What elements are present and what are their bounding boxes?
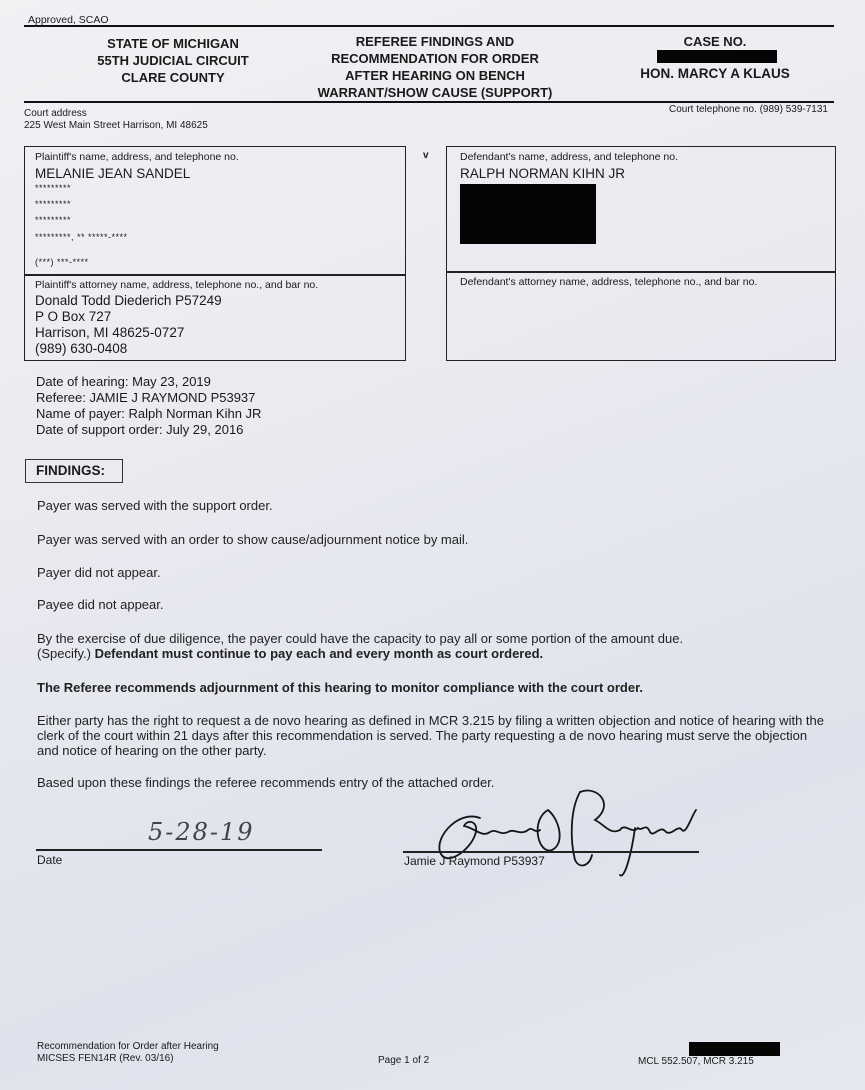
finding-item: Payer was served with an order to show c… — [37, 532, 837, 547]
court-address-label: Court address — [24, 108, 87, 119]
plaintiff-attorney-line: Donald Todd Diederich P57249 — [35, 293, 222, 308]
court-county: CLARE COUNTY — [58, 69, 288, 86]
versus-label: v — [423, 150, 429, 161]
defendant-box: Defendant's name, address, and telephone… — [446, 146, 836, 361]
form-title-line: AFTER HEARING ON BENCH — [290, 67, 580, 84]
plaintiff-label: Plaintiff's name, address, and telephone… — [35, 151, 239, 163]
form-title-line: REFEREE FINDINGS AND — [290, 33, 580, 50]
capacity-finding: By the exercise of due diligence, the pa… — [37, 631, 837, 661]
plaintiff-address-line: ********* — [35, 199, 71, 210]
finding-item: Payee did not appear. — [37, 597, 837, 612]
defendant-attorney-label: Defendant's attorney name, address, tele… — [460, 276, 757, 288]
plaintiff-attorney-label: Plaintiff's attorney name, address, tele… — [35, 279, 318, 291]
plaintiff-phone: (***) ***-**** — [35, 257, 89, 268]
finding-item: Payer did not appear. — [37, 565, 837, 580]
defendant-box-divider — [447, 271, 835, 273]
plaintiff-attorney-line: (989) 630-0408 — [35, 341, 127, 356]
court-header: STATE OF MICHIGAN 55TH JUDICIAL CIRCUIT … — [58, 35, 288, 86]
plaintiff-box-divider — [25, 274, 405, 276]
referee-recommendation: The Referee recommends adjournment of th… — [37, 680, 837, 695]
specify-line: (Specify.) Defendant must continue to pa… — [37, 646, 837, 661]
case-no-redaction — [657, 50, 777, 63]
court-circuit: 55TH JUDICIAL CIRCUIT — [58, 52, 288, 69]
defendant-name: RALPH NORMAN KIHN JR — [460, 166, 625, 181]
page-number: Page 1 of 2 — [378, 1055, 429, 1067]
plaintiff-address-line: ********* — [35, 215, 71, 226]
defendant-label: Defendant's name, address, and telephone… — [460, 151, 678, 163]
date-of-hearing: Date of hearing: May 23, 2019 — [36, 374, 261, 390]
court-telephone: Court telephone no. (989) 539-7131 — [580, 104, 828, 115]
form-title-line: RECOMMENDATION FOR ORDER — [290, 50, 580, 67]
judge-name: HON. MARCY A KLAUS — [605, 66, 825, 81]
footer-redaction — [689, 1042, 780, 1056]
plaintiff-address-line: ********* — [35, 183, 71, 194]
plaintiff-name: MELANIE JEAN SANDEL — [35, 166, 190, 181]
header-top-rule — [24, 25, 834, 27]
form-title: REFEREE FINDINGS AND RECOMMENDATION FOR … — [290, 33, 580, 101]
plaintiff-address-line: *********, ** *****-**** — [35, 232, 128, 243]
case-no-label: CASE NO. — [605, 33, 825, 50]
header-bottom-rule — [24, 101, 834, 103]
capacity-line: By the exercise of due diligence, the pa… — [37, 631, 837, 646]
payer-name: Name of payer: Ralph Norman Kihn JR — [36, 406, 261, 422]
court-address: 225 West Main Street Harrison, MI 48625 — [24, 120, 208, 131]
defendant-address-redaction — [460, 184, 596, 244]
court-state: STATE OF MICHIGAN — [58, 35, 288, 52]
finding-item: Payer was served with the support order. — [37, 498, 837, 513]
plaintiff-attorney-line: Harrison, MI 48625-0727 — [35, 325, 184, 340]
findings-heading: FINDINGS: — [25, 459, 123, 483]
footer-statute-reference: MCL 552.507, MCR 3.215 — [638, 1056, 754, 1068]
support-order-date: Date of support order: July 29, 2016 — [36, 422, 261, 438]
hearing-info: Date of hearing: May 23, 2019 Referee: J… — [36, 374, 261, 438]
date-label: Date — [37, 853, 62, 867]
de-novo-notice: Either party has the right to request a … — [37, 713, 832, 758]
specify-text: Defendant must continue to pay each and … — [95, 646, 544, 661]
footer-form-code: MICSES FEN14R (Rev. 03/16) — [37, 1053, 219, 1065]
referee-signature-label: Jamie J Raymond P53937 — [404, 854, 545, 868]
handwritten-date: 5-28-19 — [148, 818, 255, 846]
referee: Referee: JAMIE J RAYMOND P53937 — [36, 390, 261, 406]
referee-signature-line — [403, 851, 699, 853]
form-title-line: WARRANT/SHOW CAUSE (SUPPORT) — [290, 84, 580, 101]
specify-prefix: (Specify.) — [37, 646, 91, 661]
date-line — [36, 849, 322, 851]
footer-form-info: Recommendation for Order after Hearing M… — [37, 1041, 219, 1065]
footer-form-title: Recommendation for Order after Hearing — [37, 1041, 219, 1053]
plaintiff-attorney-line: P O Box 727 — [35, 309, 111, 324]
plaintiff-box: Plaintiff's name, address, and telephone… — [24, 146, 406, 361]
